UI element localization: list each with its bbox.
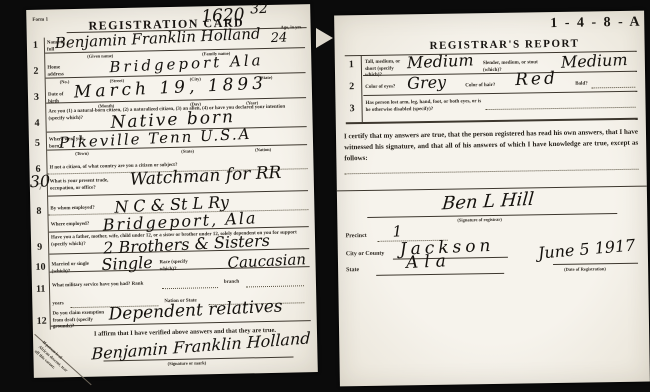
marital-status-handwritten: Single	[101, 253, 153, 274]
signature-label: (Signature or mark)	[168, 360, 207, 366]
rule	[246, 285, 304, 287]
field-number: 2	[349, 81, 354, 92]
age-handwritten: 24	[270, 30, 287, 46]
registrars-report-card: 1 - 4 - 8 - A REGISTRAR'S REPORT 1 Tall,…	[334, 11, 650, 387]
sublabel: (Nation)	[255, 147, 271, 152]
field-label: Married or single (which)?	[51, 262, 97, 276]
eye-color-handwritten: Grey	[407, 72, 447, 93]
field-label: Bald?	[575, 81, 588, 88]
sublabel: (State)	[181, 149, 194, 154]
scanner-background: { "colors": {"scanner_background":"#0b0b…	[0, 0, 650, 392]
age-label: Age, in yrs.	[281, 24, 303, 29]
rule	[591, 87, 635, 89]
corner-note: If person is of African descent, tear of…	[33, 340, 73, 378]
race-handwritten: Caucasian	[227, 250, 306, 272]
field-label: Color of hair?	[465, 83, 495, 90]
field-number: 5	[35, 138, 40, 149]
rule	[363, 91, 637, 96]
field-number: 8	[36, 206, 41, 217]
state-label: State	[346, 267, 359, 275]
home-address-handwritten: Bridgeport Ala	[109, 51, 264, 76]
field-number: 4	[34, 118, 39, 129]
field-label: Color of eyes?	[365, 85, 395, 92]
height-handwritten: Medium	[406, 50, 473, 72]
field-label: What is your present trade, occupation, …	[50, 178, 126, 193]
city-county-label: City or County	[346, 251, 385, 259]
registrars-report-title: REGISTRAR'S REPORT	[430, 38, 580, 52]
sublabel: (Town)	[75, 151, 89, 156]
rule	[162, 287, 218, 289]
stamp-number: 1 - 4 - 8 - A	[550, 15, 642, 32]
precinct-label: Precinct	[346, 233, 367, 241]
field-label: Do you claim exemption from draft (speci…	[52, 310, 110, 331]
field-label: Home address	[47, 65, 73, 79]
registrar-signature-label: (Signature of registrar)	[457, 217, 502, 223]
field-number: 9	[37, 242, 42, 253]
serial-number-handwritten: 1620	[201, 5, 245, 27]
field-number: 12	[37, 316, 47, 327]
field-label: Race (specify which)?	[159, 259, 205, 273]
field-label: branch	[224, 280, 239, 287]
registration-card: Form 1 REGISTRATION CARD 1620 32 Age, in…	[26, 4, 318, 378]
number-column-rule	[361, 55, 363, 122]
rule	[345, 169, 639, 175]
field-label: What military service have you had? Rank	[52, 281, 164, 290]
build-handwritten: Medium	[560, 50, 627, 72]
precinct-handwritten: 1	[392, 222, 402, 240]
date-label: (Date of Registration)	[564, 266, 606, 272]
field-label: Date of birth	[48, 92, 74, 106]
field-label: Tall, medium, or short (specify which)?	[365, 59, 409, 79]
field-label: years	[52, 301, 64, 308]
registration-date-handwritten: June 5 1917	[537, 235, 636, 262]
stamp-number-handwritten: 32	[250, 1, 269, 18]
field-label: By whom employed?	[50, 205, 120, 213]
field-number: 2	[33, 66, 38, 77]
rule	[486, 107, 636, 110]
field-number: 1	[349, 59, 354, 70]
field-number: 10	[35, 262, 45, 273]
rule	[376, 273, 504, 276]
field-number: 3	[349, 103, 354, 114]
rule	[553, 263, 638, 265]
state-handwritten: Ala	[406, 251, 453, 273]
field-seven-handwritten-number: 30	[29, 171, 50, 191]
field-number: 3	[34, 92, 39, 103]
rule	[346, 118, 638, 125]
sublabel: (No.)	[60, 79, 70, 84]
form-number-label: Form 1	[32, 18, 48, 25]
registrar-signature: Ben L Hill	[441, 189, 535, 215]
field-number: 1	[33, 40, 38, 51]
scan-arrow-artifact	[316, 28, 333, 48]
certification-text: I certify that my answers are true, that…	[344, 127, 638, 164]
field-number: 11	[36, 284, 46, 295]
hair-color-handwritten: Red	[515, 68, 559, 90]
field-label: Has person lost arm, leg, hand, foot, or…	[365, 99, 483, 114]
